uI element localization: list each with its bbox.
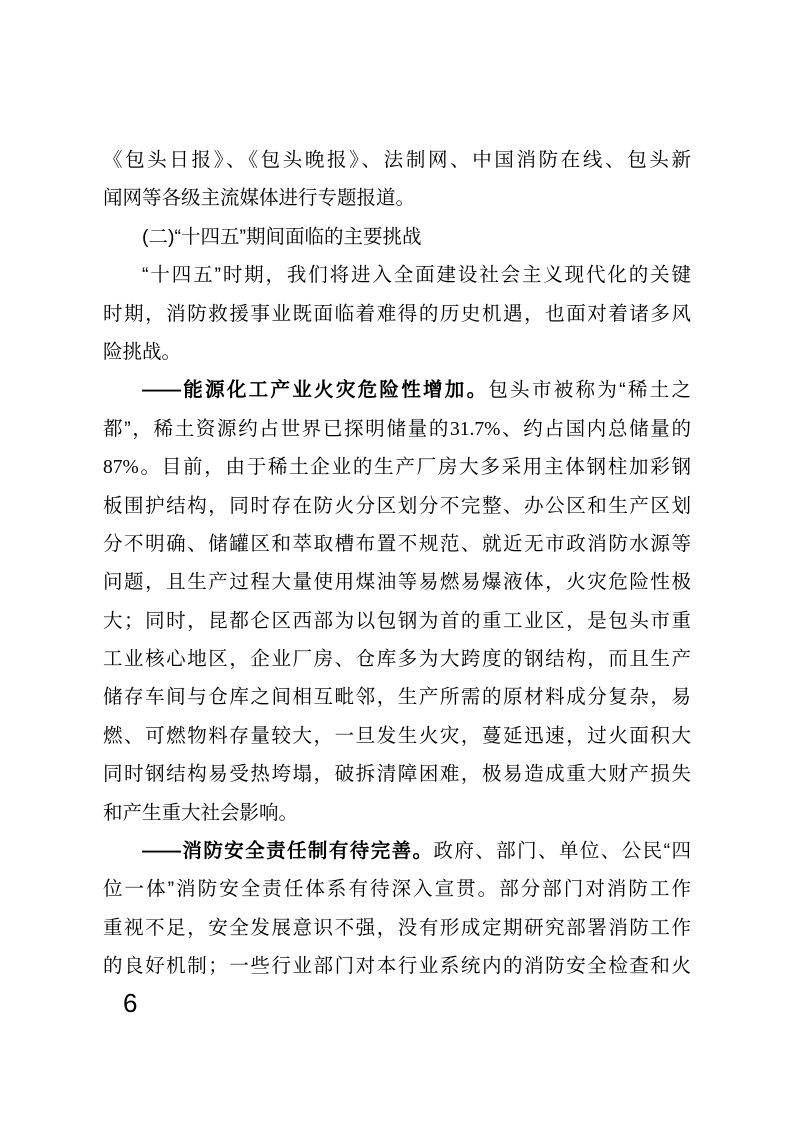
text-run: 。目前，由于稀土企业的生产厂房大多采用主体钢柱加彩钢 bbox=[139, 456, 691, 478]
text-run: 位一体”消防安全责任体系有待深入宣贯。部分部门对消防工作 bbox=[103, 878, 691, 900]
bold-heading-run: ——能源化工产业火灾危险性增加。 bbox=[142, 379, 488, 401]
text-run: 燃、可燃物料存量较大，一旦发生火灾，蔓延迅速，过火面积大 bbox=[103, 725, 691, 747]
document-page: 《包头日报》、《包头晚报》、法制网、中国消防在线、包头新闻网等各级主流媒体进行专… bbox=[0, 0, 793, 1122]
text-line: 工业核心地区，企业厂房、仓库多为大跨度的钢结构，而且生产 bbox=[103, 640, 691, 678]
text-run: 工业核心地区，企业厂房、仓库多为大跨度的钢结构，而且生产 bbox=[103, 648, 691, 670]
text-run: 同时钢结构易受热垮塌，破拆清障困难，极易造成重大财产损失 bbox=[103, 763, 691, 785]
text-run: 大；同时，昆都仑区西部为以包钢为首的重工业区，是包头市重 bbox=[103, 610, 691, 632]
text-run: 时期，消防救援事业既面临着难得的历史机遇，也面对着诸多风 bbox=[103, 303, 691, 325]
text-line: 时期，消防救援事业既面临着难得的历史机遇，也面对着诸多风 bbox=[103, 295, 691, 333]
text-run: 包头市被称为“稀土之 bbox=[488, 379, 691, 401]
text-line: 大；同时，昆都仑区西部为以包钢为首的重工业区，是包头市重 bbox=[103, 602, 691, 640]
text-run: “十四五”时期，我们将进入全面建设社会主义现代化的关键 bbox=[142, 264, 691, 286]
text-line: 《包头日报》、《包头晚报》、法制网、中国消防在线、包头新 bbox=[103, 141, 691, 179]
text-line: ——消防安全责任制有待完善。政府、部门、单位、公民“四 bbox=[103, 832, 691, 870]
text-line: “十四五”时期，我们将进入全面建设社会主义现代化的关键 bbox=[103, 256, 691, 294]
text-line: ——能源化工产业火灾危险性增加。包头市被称为“稀土之 bbox=[103, 371, 691, 409]
text-run: 重视不足，安全发展意识不强，没有形成定期研究部署消防工作 bbox=[103, 917, 691, 939]
numeric-run: 87% bbox=[103, 457, 139, 478]
text-run: 储存车间与仓库之间相互毗邻，生产所需的原材料成分复杂，易 bbox=[103, 686, 691, 708]
bold-heading-run: ——消防安全责任制有待完善。 bbox=[142, 840, 433, 862]
text-line: 同时钢结构易受热垮塌，破拆清障困难，极易造成重大财产损失 bbox=[103, 755, 691, 793]
numeric-run: 31.7% bbox=[450, 419, 500, 440]
text-run: 《包头日报》、《包头晚报》、法制网、中国消防在线、包头新 bbox=[103, 149, 691, 171]
text-run: 和产生重大社会影响。 bbox=[103, 802, 298, 824]
text-run: 、约占国内总储量的 bbox=[500, 418, 691, 440]
text-run: (二)“十四五”期间面临的主要挑战 bbox=[142, 226, 421, 248]
text-line: 储存车间与仓库之间相互毗邻，生产所需的原材料成分复杂，易 bbox=[103, 678, 691, 716]
document-body: 《包头日报》、《包头晚报》、法制网、中国消防在线、包头新闻网等各级主流媒体进行专… bbox=[103, 141, 691, 986]
text-line: 87%。目前，由于稀土企业的生产厂房大多采用主体钢柱加彩钢 bbox=[103, 448, 691, 486]
text-line: 问题，且生产过程大量使用煤油等易燃易爆液体，火灾危险性极 bbox=[103, 563, 691, 601]
text-run: 的良好机制；一些行业部门对本行业系统内的消防安全检查和火 bbox=[103, 955, 691, 977]
text-run: 问题，且生产过程大量使用煤油等易燃易爆液体，火灾危险性极 bbox=[103, 571, 691, 593]
text-line: 位一体”消防安全责任体系有待深入宣贯。部分部门对消防工作 bbox=[103, 870, 691, 908]
text-line: 闻网等各级主流媒体进行专题报道。 bbox=[103, 179, 691, 217]
text-run: 险挑战。 bbox=[103, 341, 181, 363]
text-line: (二)“十四五”期间面临的主要挑战 bbox=[103, 218, 691, 256]
text-run: 都”，稀土资源约占世界已探明储量的 bbox=[103, 418, 450, 440]
text-line: 分不明确、储罐区和萃取槽布置不规范、就近无市政消防水源等 bbox=[103, 525, 691, 563]
text-line: 都”，稀土资源约占世界已探明储量的31.7%、约占国内总储量的 bbox=[103, 410, 691, 448]
text-run: 分不明确、储罐区和萃取槽布置不规范、就近无市政消防水源等 bbox=[103, 533, 691, 555]
text-line: 板围护结构，同时存在防火分区划分不完整、办公区和生产区划 bbox=[103, 487, 691, 525]
text-line: 重视不足，安全发展意识不强，没有形成定期研究部署消防工作 bbox=[103, 909, 691, 947]
text-line: 燃、可燃物料存量较大，一旦发生火灾，蔓延迅速，过火面积大 bbox=[103, 717, 691, 755]
text-line: 的良好机制；一些行业部门对本行业系统内的消防安全检查和火 bbox=[103, 947, 691, 985]
text-run: 板围护结构，同时存在防火分区划分不完整、办公区和生产区划 bbox=[103, 495, 691, 517]
text-run: 闻网等各级主流媒体进行专题报道。 bbox=[103, 187, 415, 209]
page-number: 6 bbox=[123, 988, 137, 1018]
text-run: 政府、部门、单位、公民“四 bbox=[433, 840, 691, 862]
text-line: 险挑战。 bbox=[103, 333, 691, 371]
text-line: 和产生重大社会影响。 bbox=[103, 794, 691, 832]
